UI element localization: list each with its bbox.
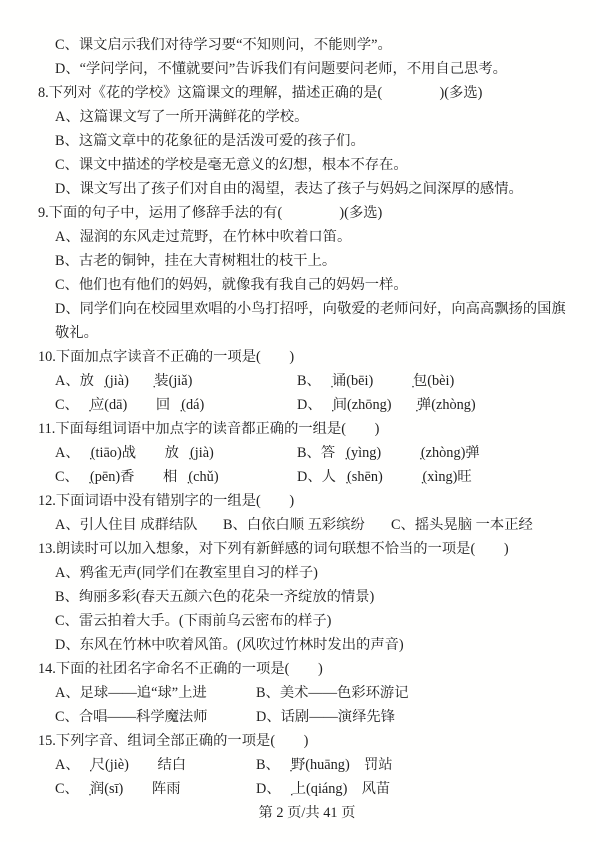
q15-option-a: A、戒̣尺(jiè) 结白 <box>55 753 256 777</box>
q11-options-row-2: C、喷̣(pēn)香 相处̣(chǔ) D、人参̣(shēn) 兴̣(xìng)… <box>38 465 576 489</box>
q14-options-row-2: C、合唱——科学魔法师 D、话剧——演绎先锋 <box>38 705 576 729</box>
q11-options-row-1: A、挑̣(tiāo)战 放假̣(jià) B、答应̣(yìng) 中̣(zhòn… <box>38 441 576 465</box>
q15-option-b: B、荒̣野(huāng) 罚站 <box>256 753 576 777</box>
q15-option-d: D、墙̣上(qiáng) 风苗 <box>256 777 576 801</box>
q12-option-a: A、引人住目 成群结队 <box>55 513 223 537</box>
q11-option-d: D、人参̣(shēn) 兴̣(xìng)旺 <box>297 465 576 489</box>
q14-option-a: A、足球——追“球”上进 <box>55 681 256 705</box>
q12-options-row: A、引人住目 成群结队 B、白依白顺 五彩缤纷 C、摇头晃脑 一本正经 <box>38 513 576 537</box>
q15-option-c: C、湿̣润(sī) 阵雨 <box>55 777 256 801</box>
q11-option-b: B、答应̣(yìng) 中̣(zhòng)弹 <box>297 441 576 465</box>
q12-option-b: B、白依白顺 五彩缤纷 <box>223 513 391 537</box>
q8-stem: 8.下列对《花的学校》这篇课文的理解，描述正确的是( )(多选) <box>38 81 576 105</box>
q15-options-row-1: A、戒̣尺(jiè) 结白 B、荒̣野(huāng) 罚站 <box>38 753 576 777</box>
q13-option-a: A、鸦雀无声(同学们在教室里自习的样子) <box>38 561 576 585</box>
q9-option-b: B、古老的铜钟，挂在大青树粗壮的枝干上。 <box>38 249 576 273</box>
q10-option-b: B、背̣诵(bēi) 背̣包(bèi) <box>297 369 576 393</box>
page-number: 第 2 页/共 41 页 <box>38 801 576 825</box>
q10-options-row-2: C、答̣应(dā) 回答̣(dá) D、中̣间(zhōng) 中̣弹(zhòng… <box>38 393 576 417</box>
q8-option-d: D、课文写出了孩子们对自由的渴望，表达了孩子与妈妈之间深厚的感情。 <box>38 177 576 201</box>
q9-option-a: A、湿润的东风走过荒野，在竹林中吹着口笛。 <box>38 225 576 249</box>
q9-stem: 9.下面的句子中，运用了修辞手法的有( )(多选) <box>38 201 576 225</box>
q14-option-d: D、话剧——演绎先锋 <box>256 705 576 729</box>
q14-option-b: B、美术——色彩环游记 <box>256 681 576 705</box>
q15-options-row-2: C、湿̣润(sī) 阵雨 D、墙̣上(qiáng) 风苗 <box>38 777 576 801</box>
q10-option-c: C、答̣应(dā) 回答̣(dá) <box>55 393 297 417</box>
q10-option-d: D、中̣间(zhōng) 中̣弹(zhòng) <box>297 393 576 417</box>
q13-stem: 13.朗读时可以加入想象，对下列有新鲜感的词句联想不恰当的一项是( ) <box>38 537 576 561</box>
q13-option-b: B、绚丽多彩(春天五颜六色的花朵一齐绽放的情景) <box>38 585 576 609</box>
q15-stem: 15.下列字音、组词全部正确的一项是( ) <box>38 729 576 753</box>
q12-option-c: C、摇头晃脑 一本正经 <box>391 513 576 537</box>
q11-option-c: C、喷̣(pēn)香 相处̣(chǔ) <box>55 465 297 489</box>
q10-options-row-1: A、放假̣(jià) 假̣装(jiǎ) B、背̣诵(bēi) 背̣包(bèi) <box>38 369 576 393</box>
q10-stem: 10.下面加点字读音不正确的一项是( ) <box>38 345 576 369</box>
q11-option-a: A、挑̣(tiāo)战 放假̣(jià) <box>55 441 297 465</box>
q8-option-b: B、这篇文章中的花象征的是活泼可爱的孩子们。 <box>38 129 576 153</box>
q10-option-a: A、放假̣(jià) 假̣装(jiǎ) <box>55 369 297 393</box>
q14-stem: 14.下面的社团名字命名不正确的一项是( ) <box>38 657 576 681</box>
q8-option-a: A、这篇课文写了一所开满鲜花的学校。 <box>38 105 576 129</box>
q13-option-d: D、东风在竹林中吹着风笛。(风吹过竹林时发出的声音) <box>38 633 576 657</box>
q14-option-c: C、合唱——科学魔法师 <box>55 705 256 729</box>
exam-page: C、课文启示我们对待学习要“不知则问，不能则学”。 D、“学问学问，不懂就要问”… <box>0 0 596 842</box>
q8-option-c: C、课文中描述的学校是毫无意义的幻想，根本不存在。 <box>38 153 576 177</box>
q12-stem: 12.下面词语中没有错别字的一组是( ) <box>38 489 576 513</box>
q7-option-c: C、课文启示我们对待学习要“不知则问，不能则学”。 <box>38 33 576 57</box>
q9-option-c: C、他们也有他们的妈妈，就像我有我自己的妈妈一样。 <box>38 273 576 297</box>
q7-option-d: D、“学问学问，不懂就要问”告诉我们有问题要问老师，不用自己思考。 <box>38 57 576 81</box>
q9-option-d: D、同学们向在校园里欢唱的小鸟打招呼，向敬爱的老师问好，向高高飘扬的国旗敬礼。 <box>38 297 576 345</box>
q14-options-row-1: A、足球——追“球”上进 B、美术——色彩环游记 <box>38 681 576 705</box>
q13-option-c: C、雷云拍着大手。(下雨前乌云密布的样子) <box>38 609 576 633</box>
q11-stem: 11.下面每组词语中加点字的读音都正确的一组是( ) <box>38 417 576 441</box>
